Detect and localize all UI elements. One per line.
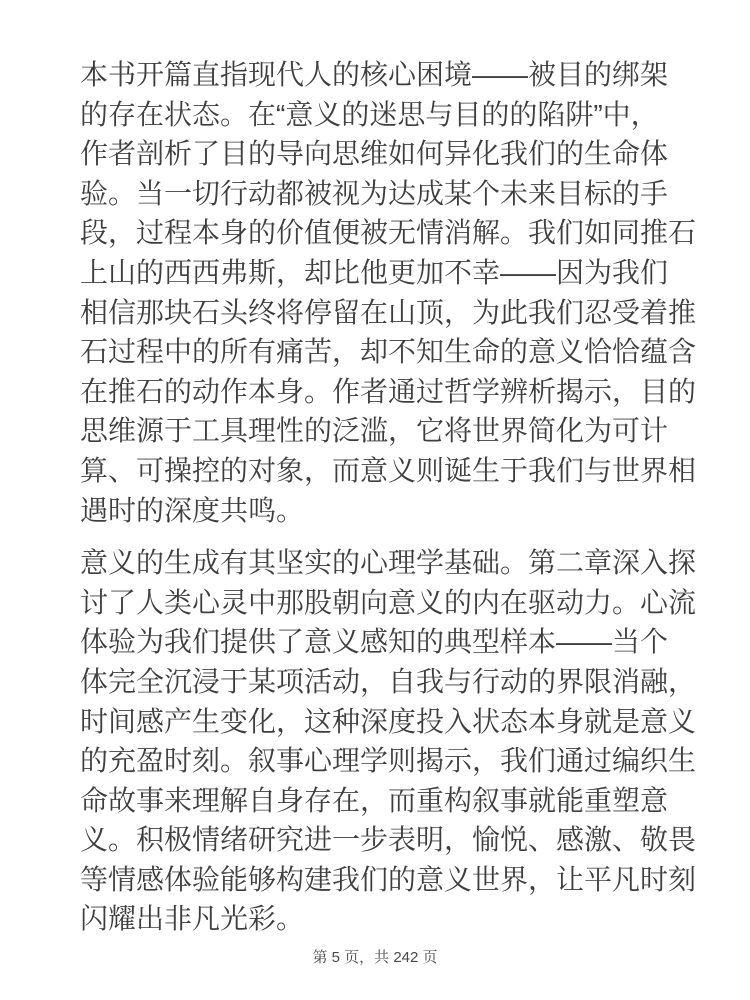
text-line: 命故事来理解自身存在，而重构叙事就能重塑意: [80, 781, 676, 821]
text-line: 体验为我们提供了意义感知的典型样本——当个: [80, 622, 676, 662]
text-line: 的充盈时刻。叙事心理学则揭示，我们通过编织生: [80, 741, 676, 781]
document-page: 本书开篇直指现代人的核心困境——被目的绑架的存在状态。在“意义的迷思与目的的陷阱…: [0, 0, 750, 1000]
text-line: 讨了人类心灵中那股朝向意义的内在驱动力。心流: [80, 583, 676, 623]
text-line: 本书开篇直指现代人的核心困境——被目的绑架: [80, 55, 676, 95]
text-line: 作者剖析了目的导向思维如何异化我们的生命体: [80, 134, 676, 174]
text-line: 体完全沉浸于某项活动，自我与行动的界限消融，: [80, 662, 676, 702]
text-line: 时间感产生变化，这种深度投入状态本身就是意义: [80, 702, 676, 742]
text-line: 相信那块石头终将停留在山顶，为此我们忍受着推: [80, 293, 676, 333]
text-line: 义。积极情绪研究进一步表明，愉悦、感激、敬畏: [80, 820, 676, 860]
text-line: 遇时的深度共鸣。: [80, 491, 676, 531]
text-line: 验。当一切行动都被视为达成某个未来目标的手: [80, 174, 676, 214]
text-line: 思维源于工具理性的泛滥，它将世界简化为可计: [80, 411, 676, 451]
text-line: 上山的西西弗斯，却比他更加不幸——因为我们: [80, 253, 676, 293]
text-line: 在推石的动作本身。作者通过哲学辨析揭示，目的: [80, 372, 676, 412]
paragraph: 本书开篇直指现代人的核心困境——被目的绑架的存在状态。在“意义的迷思与目的的陷阱…: [80, 55, 676, 530]
text-line: 算、可操控的对象，而意义则诞生于我们与世界相: [80, 451, 676, 491]
text-line: 意义的生成有其坚实的心理学基础。第二章深入探: [80, 543, 676, 583]
text-line: 闪耀出非凡光彩。: [80, 899, 676, 939]
text-line: 等情感体验能够构建我们的意义世界，让平凡时刻: [80, 860, 676, 900]
page-number-indicator: 第 5 页，共 242 页: [0, 948, 750, 968]
text-line: 石过程中的所有痛苦，却不知生命的意义恰恰蕴含: [80, 332, 676, 372]
text-line: 的存在状态。在“意义的迷思与目的的陷阱”中，: [80, 95, 676, 135]
text-line: 段，过程本身的价值便被无情消解。我们如同推石: [80, 213, 676, 253]
page-text-body: 本书开篇直指现代人的核心困境——被目的绑架的存在状态。在“意义的迷思与目的的陷阱…: [80, 55, 676, 939]
paragraph: 意义的生成有其坚实的心理学基础。第二章深入探讨了人类心灵中那股朝向意义的内在驱动…: [80, 543, 676, 939]
